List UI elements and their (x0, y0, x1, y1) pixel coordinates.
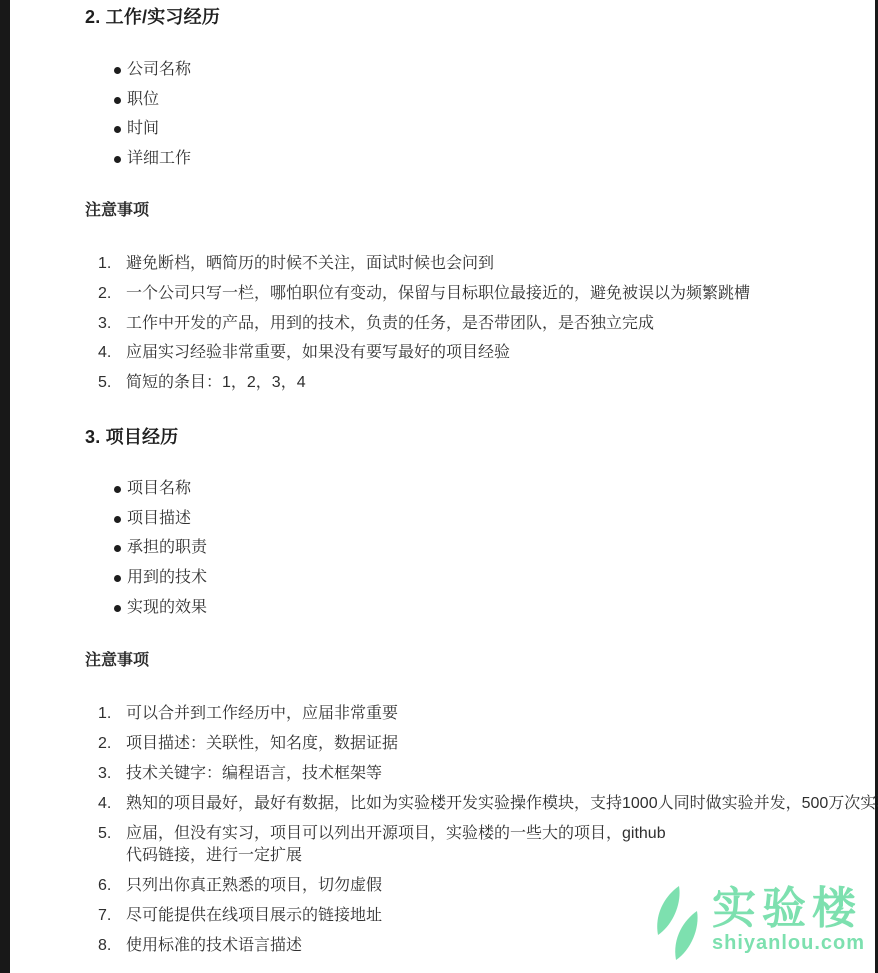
item-number: 4. (85, 338, 126, 368)
bullet-label: 承担的职责 (127, 539, 207, 556)
item-number: 7. (85, 901, 126, 931)
item-text: 熟知的项目最好，最好有数据，比如为实验楼开发实验操作模块，支持1000人同时做实… (126, 789, 878, 819)
item-number: 5. (85, 823, 126, 845)
item-number: 2. (85, 279, 126, 309)
item-number: 5. (85, 368, 126, 398)
item-number: 4. (85, 789, 126, 819)
document-page: 2. 工作/实习经历 公司名称 职位 时间 详细工作 注意事项 1. 避免断档，… (0, 0, 878, 973)
item-text: 避免断档，晒简历的时候不关注，面试时候也会问到 (126, 249, 878, 279)
list-item: 项目名称 (85, 474, 207, 504)
list-item: 详细工作 (85, 144, 191, 174)
item-text: 一个公司只写一栏，哪怕职位有变动，保留与目标职位最接近的，避免被误以为频繁跳槽 (126, 279, 878, 309)
bullet-label: 实现的效果 (127, 599, 207, 616)
project-fields-list: 项目名称 项目描述 承担的职责 用到的技术 实现的效果 (85, 474, 207, 623)
work-fields-list: 公司名称 职位 时间 详细工作 (85, 55, 191, 173)
bullet-label: 详细工作 (127, 150, 191, 167)
item-number: 8. (85, 931, 126, 961)
left-edge-bar (0, 0, 10, 973)
table-row: 2. 项目描述：关联性，知名度，数据证据 (85, 729, 878, 759)
list-item: 公司名称 (85, 55, 191, 85)
table-row: 2. 一个公司只写一栏，哪怕职位有变动，保留与目标职位最接近的，避免被误以为频繁… (85, 279, 878, 309)
table-row: 3. 技术关键字：编程语言，技术框架等 (85, 759, 878, 789)
shiyanlou-logo: 实验楼 shiyanlou.com (652, 884, 865, 960)
bullet-label: 项目描述 (127, 510, 191, 527)
list-item: 实现的效果 (85, 593, 207, 623)
notes-heading-project: 注意事项 (85, 651, 149, 671)
table-row: 3. 工作中开发的产品，用到的技术，负责的任务，是否带团队，是否独立完成 (85, 309, 878, 339)
item-number: 3. (85, 309, 126, 339)
item-number: 1. (85, 249, 126, 279)
leaf-icon (652, 886, 700, 960)
logo-text-block: 实验楼 shiyanlou.com (712, 884, 865, 954)
list-item: 项目描述 (85, 504, 207, 534)
bullet-label: 公司名称 (127, 61, 191, 78)
item-text: 应届，但没有实习，项目可以列出开源项目，实验楼的一些大的项目，github 代码… (126, 823, 878, 867)
item-text: 简短的条目：1，2，3，4 (126, 368, 878, 398)
table-row: 5. 简短的条目：1，2，3，4 (85, 368, 878, 398)
logo-domain-text: shiyanlou.com (712, 932, 865, 954)
notes-heading-work: 注意事项 (85, 201, 149, 221)
item-number: 6. (85, 871, 126, 901)
item-number: 2. (85, 729, 126, 759)
list-item: 承担的职责 (85, 533, 207, 563)
bullet-label: 用到的技术 (127, 569, 207, 586)
work-notes-list: 1. 避免断档，晒简历的时候不关注，面试时候也会问到 2. 一个公司只写一栏，哪… (85, 249, 878, 398)
section-heading-project-experience: 3. 项目经历 (85, 425, 178, 449)
section-heading-work-experience: 2. 工作/实习经历 (85, 5, 220, 29)
table-row: 4. 熟知的项目最好，最好有数据，比如为实验楼开发实验操作模块，支持1000人同… (85, 789, 878, 819)
logo-brand-name: 实验楼 (712, 884, 865, 934)
item-text: 工作中开发的产品，用到的技术，负责的任务，是否带团队，是否独立完成 (126, 309, 878, 339)
table-row: 5. 应届，但没有实习，项目可以列出开源项目，实验楼的一些大的项目，github… (85, 819, 878, 867)
bullet-label: 时间 (127, 120, 159, 137)
item-text: 项目描述：关联性，知名度，数据证据 (126, 729, 878, 759)
item-text: 应届实习经验非常重要，如果没有要写最好的项目经验 (126, 338, 878, 368)
bullet-label: 职位 (127, 91, 159, 108)
item-text: 可以合并到工作经历中，应届非常重要 (126, 699, 878, 729)
item-text: 技术关键字：编程语言，技术框架等 (126, 759, 878, 789)
bullet-label: 项目名称 (127, 480, 191, 497)
list-item: 用到的技术 (85, 563, 207, 593)
list-item: 职位 (85, 85, 191, 115)
list-item: 时间 (85, 114, 191, 144)
table-row: 1. 可以合并到工作经历中，应届非常重要 (85, 699, 878, 729)
item-number: 3. (85, 759, 126, 789)
table-row: 4. 应届实习经验非常重要，如果没有要写最好的项目经验 (85, 338, 878, 368)
table-row: 1. 避免断档，晒简历的时候不关注，面试时候也会问到 (85, 249, 878, 279)
item-number: 1. (85, 699, 126, 729)
